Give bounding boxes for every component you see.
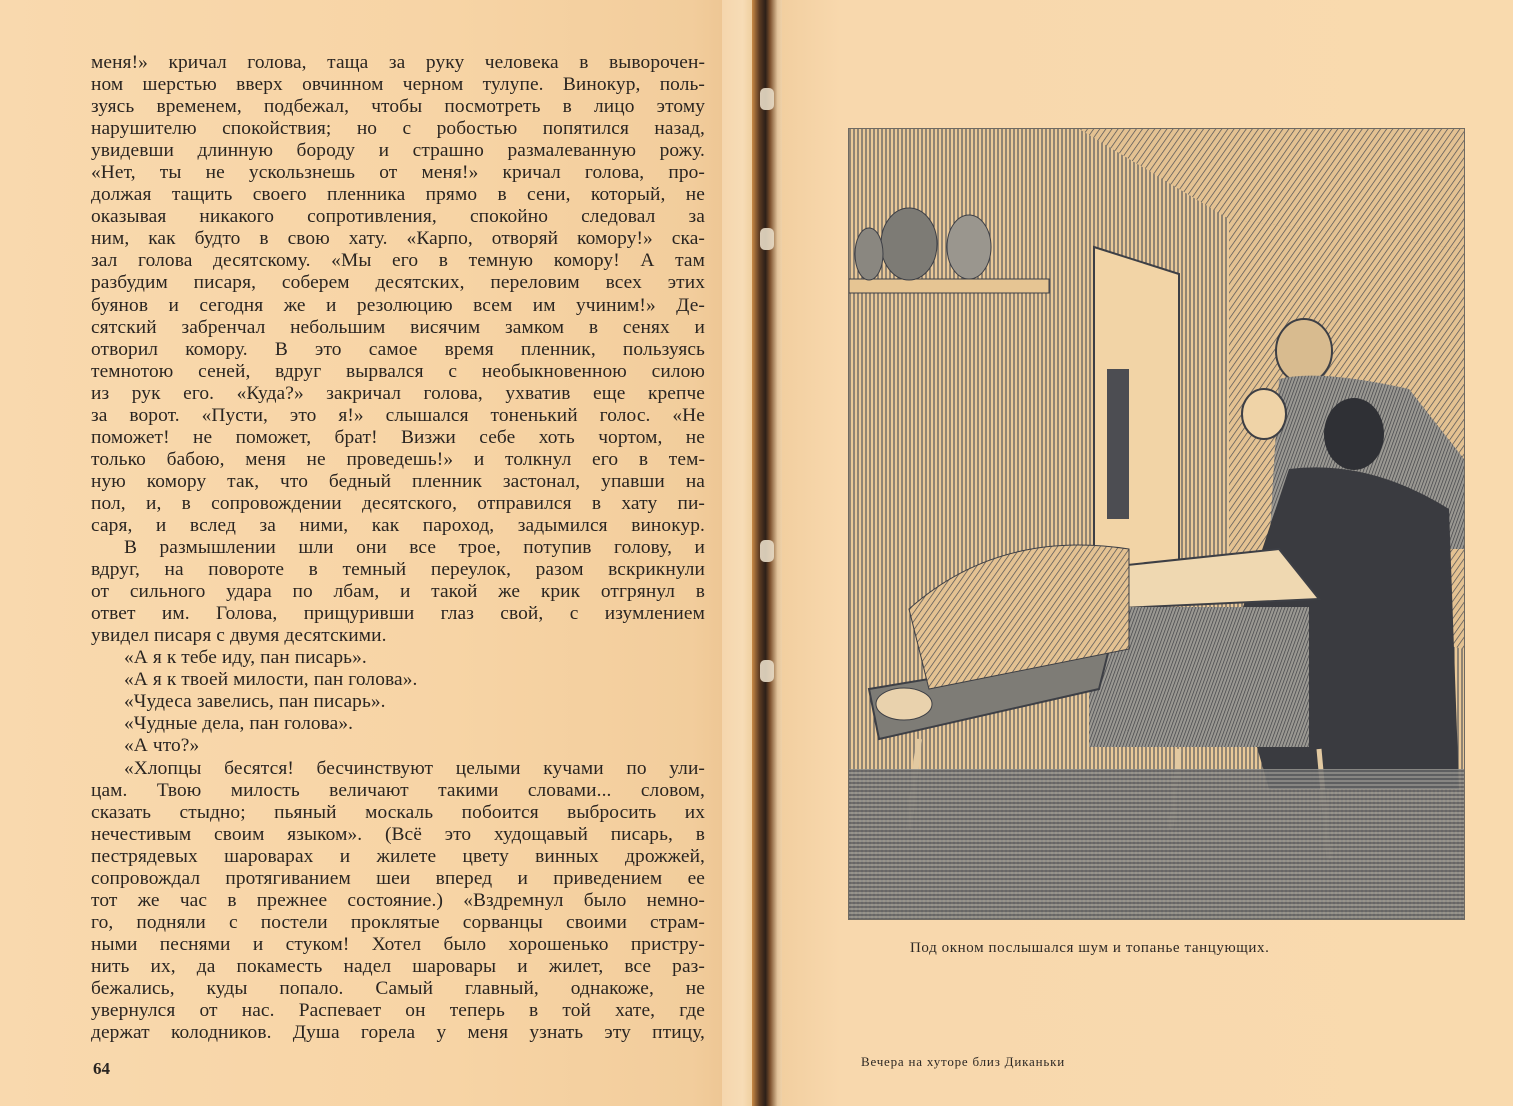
text-line: ним, как будто в свою хату. «Карпо, отво…	[91, 228, 705, 250]
text-line: «Нет, ты не ускользнешь от меня!» кричал…	[91, 162, 705, 184]
text-line: поможет! не поможет, брат! Визжи себе хо…	[91, 427, 705, 449]
text-line: сятский забренчал небольшим висячим замк…	[91, 317, 705, 339]
text-line: го, подняли с постели проклятые сорванцы…	[91, 912, 705, 934]
text-line: В размышлении шли они все трое, потупив …	[91, 537, 705, 559]
text-line: «Чудные дела, пан голова».	[91, 713, 705, 735]
text-line: только бабою, меня не проведешь!» и толк…	[91, 449, 705, 471]
text-line: «Чудеса завелись, пан писарь».	[91, 691, 705, 713]
text-line: ответ им. Голова, прищуривши глаз свой, …	[91, 603, 705, 625]
book-spine	[752, 0, 782, 1106]
text-line: держат колодников. Душа горела у меня уз…	[91, 1022, 705, 1044]
text-line: зал голова десятскому. «Мы его в темную …	[91, 250, 705, 272]
text-line: цам. Твою милость величают такими словам…	[91, 780, 705, 802]
left-page: меня!» кричал голова, таща за руку челов…	[0, 0, 752, 1106]
text-line: ными песнями и стуком! Хотел было хороше…	[91, 934, 705, 956]
text-line: отворил комору. В это самое время пленни…	[91, 339, 705, 361]
text-line: «А я к тебе иду, пан писарь».	[91, 647, 705, 669]
left-page-gutter	[722, 0, 752, 1106]
binding-thread	[760, 540, 774, 562]
running-footer: Вечера на хуторе близ Диканьки	[861, 1054, 1065, 1070]
binding-thread	[760, 660, 774, 682]
text-line: бежались, куды попало. Самый главный, од…	[91, 978, 705, 1000]
text-line: «А что?»	[91, 735, 705, 757]
illustration-caption: Под окном послышался шум и топанье танцу…	[910, 940, 1360, 957]
illustration-drawing	[849, 129, 1464, 919]
text-line: нечестивым своим языком». (Всё это худощ…	[91, 824, 705, 846]
text-line: нить их, да покаместь надел шаровары и ж…	[91, 956, 705, 978]
text-line: тот же час в прежнее состояние.) «Вздрем…	[91, 890, 705, 912]
text-line: вдруг, на повороте в темный переулок, ра…	[91, 559, 705, 581]
text-line: «Хлопцы бесятся! бесчинствуют целыми куч…	[91, 758, 705, 780]
text-line: увидел писаря с двумя десятскими.	[91, 625, 705, 647]
text-line: увидевши длинную бороду и страшно размал…	[91, 140, 705, 162]
body-text: меня!» кричал голова, таща за руку челов…	[91, 52, 705, 1044]
page-number: 64	[93, 1059, 110, 1079]
text-line: из рук его. «Куда?» закричал голова, ухв…	[91, 383, 705, 405]
text-line: нарушителю спокойствия; но с робостью по…	[91, 118, 705, 140]
text-line: саря, и вслед за ними, как пароход, зады…	[91, 515, 705, 537]
text-line: увернулся от нас. Распевает он теперь в …	[91, 1000, 705, 1022]
binding-thread	[760, 228, 774, 250]
text-line: меня!» кричал голова, таща за руку челов…	[91, 52, 705, 74]
text-line: должая тащить своего пленника прямо в се…	[91, 184, 705, 206]
text-line: сказать стыдно; пьяный москаль побоится …	[91, 802, 705, 824]
text-line: темнотою сеней, вдруг вырвался с необыкн…	[91, 361, 705, 383]
text-line: оказывая никакого сопротивления, спокойн…	[91, 206, 705, 228]
text-line: ную комору так, что бедный пленник засто…	[91, 471, 705, 493]
text-line: пол, и, в сопровождении десятского, отпр…	[91, 493, 705, 515]
illustration	[848, 128, 1465, 920]
text-line: «А я к твоей милости, пан голова».	[91, 669, 705, 691]
text-line: ном шерстью вверх овчинном черном тулупе…	[91, 74, 705, 96]
text-line: разбудим писаря, соберем десятских, пере…	[91, 272, 705, 294]
text-line: за ворот. «Пусти, это я!» слышался тонен…	[91, 405, 705, 427]
text-line: от сильного удара по лбам, и такой же кр…	[91, 581, 705, 603]
text-line: буянов и сегодня же и резолюцию всем им …	[91, 295, 705, 317]
binding-thread	[760, 88, 774, 110]
book-spread: меня!» кричал голова, таща за руку челов…	[0, 0, 1513, 1106]
text-line: зуясь временем, подбежал, чтобы посмотре…	[91, 96, 705, 118]
text-line: пестрядевых шароварах и жилете цвету вин…	[91, 846, 705, 868]
text-line: сопровождал протягиванием шеи вперед и п…	[91, 868, 705, 890]
